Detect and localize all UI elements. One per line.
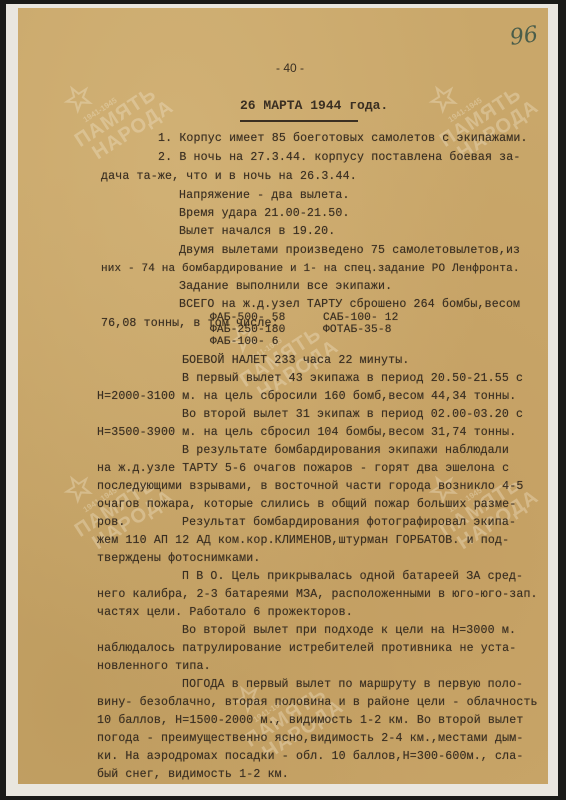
text-line: В результате бомбардирования экипажи наб…: [182, 444, 509, 458]
text-line: него калибра, 2-3 батареями МЗА, располо…: [97, 588, 538, 602]
text-line: Во второй вылет при подходе к цели на Н=…: [182, 624, 516, 638]
text-line: 2. В ночь на 27.3.44. корпусу поставлена…: [158, 151, 520, 165]
text-line: ПОГОДА в первый вылет по маршруту в перв…: [182, 678, 523, 692]
text-line: на ж.д.узле ТАРТУ 5-6 очагов пожаров - г…: [97, 462, 509, 476]
text-line: частях цели. Работало 6 прожекторов.: [97, 606, 353, 620]
bomb-type-fotab35: ФОТАБ-35-8: [323, 324, 392, 336]
text-line: бый снег, видимость 1-2 км.: [97, 768, 289, 782]
text-line: БОЕВОЙ НАЛЕТ 233 часа 22 минуты.: [182, 354, 409, 368]
watermark-years: 1941-1945: [447, 72, 521, 124]
text-line: Результат бомбардирования фотографировал…: [182, 516, 516, 530]
text-line: 1. Корпус имеет 85 боеготовых самолетов …: [158, 132, 528, 146]
text-line: Н=3500-3900 м. на цель сбросил 104 бомбы…: [97, 426, 516, 440]
text-line: них - 74 на бомбардирование и 1- на спец…: [101, 262, 520, 276]
text-line: ВСЕГО на ж.д.узел ТАРТУ сброшено 264 бом…: [179, 298, 520, 312]
text-line: последующими взрывами, в восточной части…: [97, 480, 523, 494]
page-number: - 40 -: [276, 61, 304, 75]
text-line: 10 баллов, Н=1500-2000 м., видимость 1-2…: [97, 714, 523, 728]
text-line: П В О. Цель прикрывалась одной батареей …: [182, 570, 523, 584]
text-line: вину- безоблачно, вторая половина и в ра…: [97, 696, 538, 710]
star-icon: ☆: [56, 44, 150, 122]
document-page: ☆ 1941-1945 ПАМЯТЬ НАРОДА ☆ 1941-1945 ПА…: [18, 8, 548, 784]
text-line: новленного типа.: [97, 660, 211, 674]
text-line: Двумя вылетами произведено 75 самолетовы…: [179, 244, 520, 258]
text-line: наблюдалось патрулирование истребителей …: [97, 642, 516, 656]
heading-underline: [240, 120, 358, 122]
text-line: Во второй вылет 31 экипаж в период 02.00…: [182, 408, 523, 422]
text-line: Время удара 21.00-21.50.: [179, 207, 350, 221]
star-icon: ☆: [421, 44, 515, 122]
text-line: тверждены фотоснимками.: [97, 552, 260, 566]
text-line: очагов пожара, которые слились в общий п…: [97, 498, 516, 512]
bomb-type-sab100: САБ-100- 12: [323, 312, 399, 324]
bomb-type-fab100: ФАБ-100- 6: [210, 336, 279, 348]
bomb-type-fab250: ФАБ-250-180: [210, 324, 286, 336]
text-line: Задание выполнили все экипажи.: [179, 280, 392, 294]
text-line: В первый вылет 43 экипажа в период 20.50…: [182, 372, 523, 386]
date-heading: 26 МАРТА 1944 года.: [240, 98, 388, 113]
bomb-type-fab500: ФАБ-500- 58: [210, 312, 286, 324]
text-line: Напряжение - два вылета.: [179, 189, 350, 203]
text-line: жем 110 АП 12 АД ком.кор.КЛИМЕНОВ,штурма…: [97, 534, 509, 548]
watermark-top-right: ☆ 1941-1945 ПАМЯТЬ НАРОДА: [413, 44, 542, 168]
handwritten-page-number: 96: [508, 22, 539, 51]
watermark-top-left: ☆ 1941-1945 ПАМЯТЬ НАРОДА: [48, 44, 177, 168]
text-line: ки. На аэродромах посадки - обл. 10 балл…: [97, 750, 523, 764]
text-line: погода - преимущественно ясно,видимость …: [97, 732, 523, 746]
watermark-years: 1941-1945: [82, 72, 156, 124]
watermark-line1: ПАМЯТЬ: [71, 80, 166, 151]
text-line: Вылет начался в 19.20.: [179, 225, 335, 239]
text-line: ров.: [97, 516, 125, 530]
text-line: Н=2000-3100 м. на цель сбросили 160 бомб…: [97, 390, 516, 404]
text-line: дача та-же, что и в ночь на 26.3.44.: [101, 170, 357, 184]
